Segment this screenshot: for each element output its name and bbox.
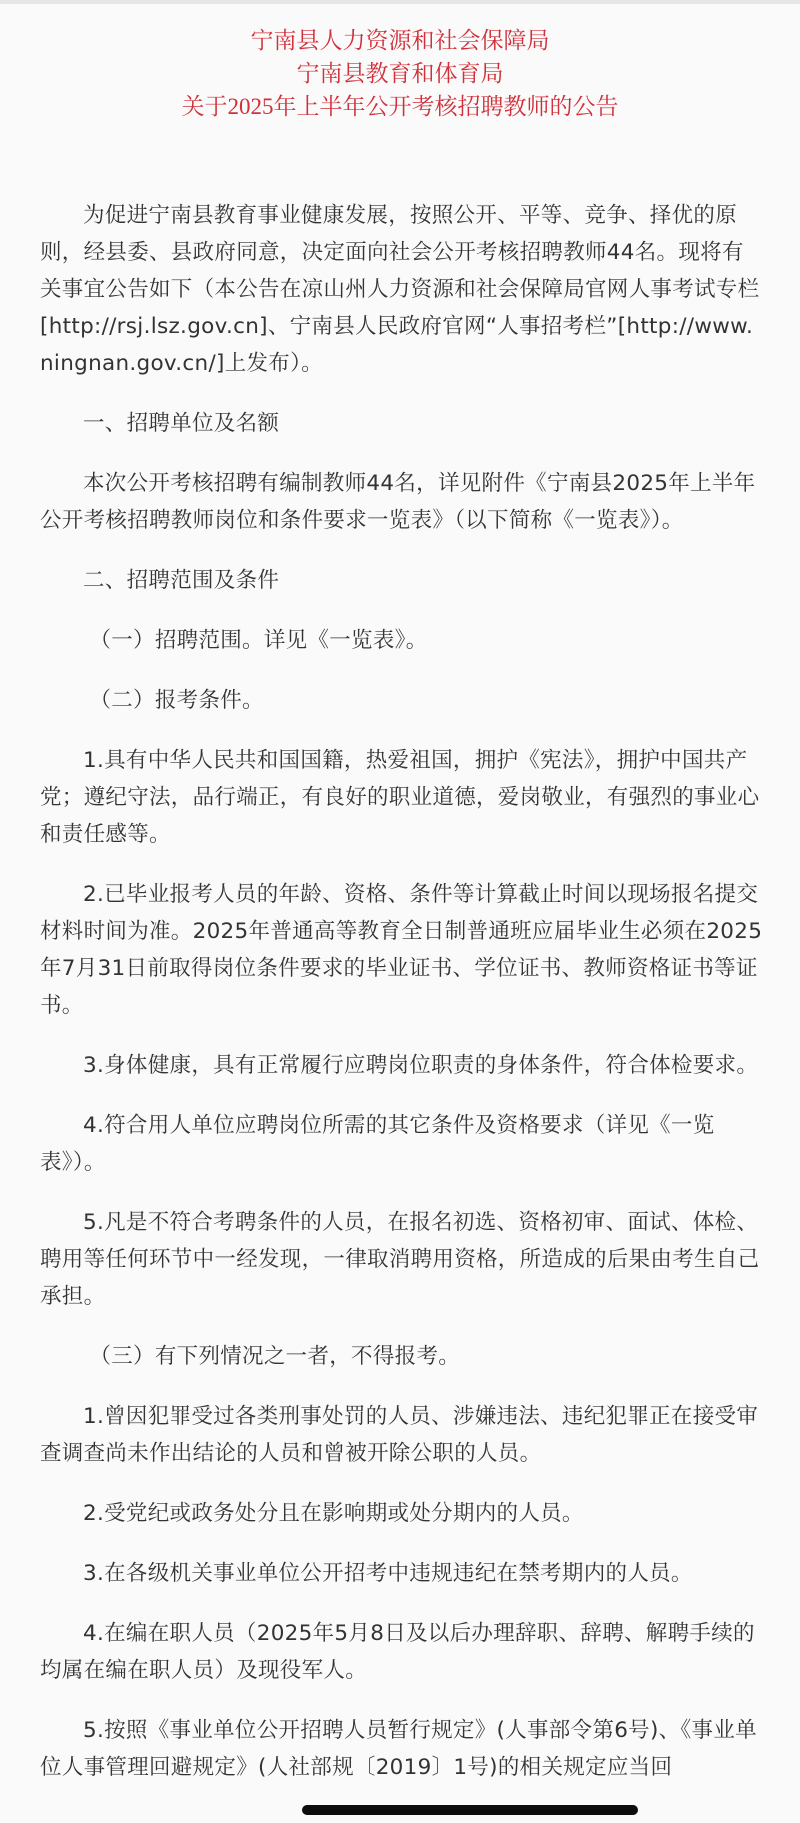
intro-paragraph: 为促进宁南县教育事业健康发展，按照公开、平等、竞争、择优的原则，经县委、县政府同… — [40, 197, 764, 382]
home-indicator-bar[interactable] — [302, 1805, 638, 1815]
subsection-conditions: （二）报考条件。 — [40, 682, 764, 719]
condition-item-2: 2.已毕业报考人员的年龄、资格、条件等计算截止时间以现场报名提交材料时间为准。2… — [40, 876, 764, 1024]
exclusion-item-4: 4.在编在职人员（2025年5月8日及以后办理辞职、辞聘、解聘手续的均属在编在职… — [40, 1615, 764, 1689]
exclusion-item-3: 3.在各级机关事业单位公开招考中违规违纪在禁考期内的人员。 — [40, 1555, 764, 1592]
announcement-title: 宁南县人力资源和社会保障局 宁南县教育和体育局 关于2025年上半年公开考核招聘… — [0, 24, 800, 123]
title-line-announcement: 关于2025年上半年公开考核招聘教师的公告 — [0, 90, 800, 123]
exclusion-item-5: 5.按照《事业单位公开招聘人员暂行规定》(人事部令第6号)、《事业单位人事管理回… — [40, 1712, 764, 1786]
exclusion-item-1: 1.曾因犯罪受过各类刑事处罚的人员、涉嫌违法、违纪犯罪正在接受审查调查尚未作出结… — [40, 1398, 764, 1472]
subsection-scope: （一）招聘范围。详见《一览表》。 — [40, 622, 764, 659]
condition-item-1: 1.具有中华人民共和国国籍，热爱祖国，拥护《宪法》，拥护中国共产党；遵纪守法，品… — [40, 742, 764, 853]
section-1-paragraph: 本次公开考核招聘有编制教师44名，详见附件《宁南县2025年上半年公开考核招聘教… — [40, 465, 764, 539]
exclusion-item-2: 2.受党纪或政务处分且在影响期或处分期内的人员。 — [40, 1495, 764, 1532]
title-line-education-bureau: 宁南县教育和体育局 — [0, 57, 800, 90]
condition-item-3: 3.身体健康，具有正常履行应聘岗位职责的身体条件，符合体检要求。 — [40, 1047, 764, 1084]
condition-item-5: 5.凡是不符合考聘条件的人员，在报名初选、资格初审、面试、体检、聘用等任何环节中… — [40, 1204, 764, 1315]
section-heading-1: 一、招聘单位及名额 — [40, 405, 764, 442]
title-line-hr-bureau: 宁南县人力资源和社会保障局 — [0, 24, 800, 57]
section-heading-2: 二、招聘范围及条件 — [40, 562, 764, 599]
subsection-exclusions: （三）有下列情况之一者，不得报考。 — [40, 1338, 764, 1375]
announcement-body: 为促进宁南县教育事业健康发展，按照公开、平等、竞争、择优的原则，经县委、县政府同… — [40, 197, 764, 1809]
top-edge-bar — [0, 0, 800, 4]
condition-item-4: 4.符合用人单位应聘岗位所需的其它条件及资格要求（详见《一览表》）。 — [40, 1107, 764, 1181]
